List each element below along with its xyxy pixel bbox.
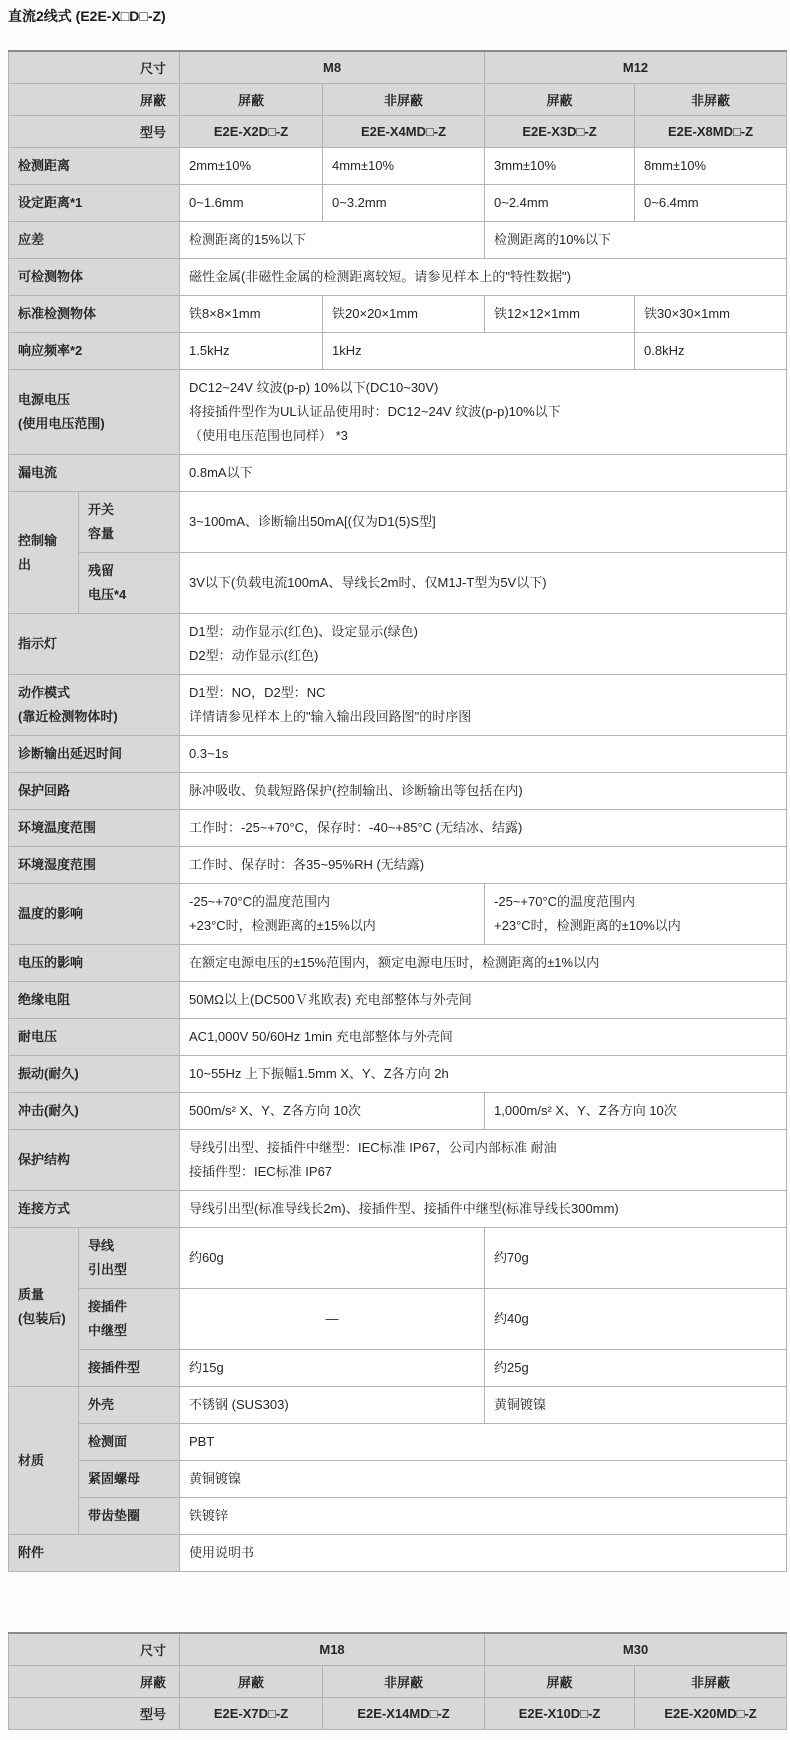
header-row: 屏蔽屏蔽非屏蔽屏蔽非屏蔽 xyxy=(9,1666,787,1698)
spec-value: 50MΩ以上(DC500Ｖ兆欧表) 充电部整体与外壳间 xyxy=(180,982,787,1019)
spec-value: 0~6.4mm xyxy=(635,185,787,222)
spec-value: 黄铜镀镍 xyxy=(180,1461,787,1498)
spec-value: 导线引出型(标准导线长2m)、接插件型、接插件中继型(标准导线长300mm) xyxy=(180,1191,787,1228)
text-line: 检测距离 xyxy=(18,154,170,178)
text-line: PBT xyxy=(189,1430,777,1454)
text-line: 3V以下(负载电流100mA、导线长2m时、仅M1J-T型为5V以下) xyxy=(189,571,777,595)
header-row-label: 屏蔽 xyxy=(9,84,180,116)
spec-row: 材质外壳不锈钢 (SUS303)黄铜镀镍 xyxy=(9,1387,787,1424)
row-label: 温度的影响 xyxy=(9,884,180,945)
text-line: 检测距离的15%以下 xyxy=(189,228,475,252)
text-line: 1,000m/s² X、Y、Z各方向 10次 xyxy=(494,1099,777,1123)
spec-row: 质量(包装后)导线引出型约60g约70g xyxy=(9,1228,787,1289)
spec-row: 环境温度范围工作时：-25~+70°C，保存时：-40~+85°C (无结冰、结… xyxy=(9,810,787,847)
spec-value: 10~55Hz 上下振幅1.5mm X、Y、Z各方向 2h xyxy=(180,1056,787,1093)
spec-value: 磁性金属(非磁性金属的检测距离较短。请参见样本上的"特性数据") xyxy=(180,259,787,296)
text-line: 保护结构 xyxy=(18,1148,170,1172)
text-line: 外壳 xyxy=(88,1393,170,1417)
spec-value: 0.3~1s xyxy=(180,736,787,773)
spec-row: 诊断输出延迟时间0.3~1s xyxy=(9,736,787,773)
spec-row: 控制输出开关容量3~100mA、诊断输出50mA[(仅为D1(5)S型] xyxy=(9,492,787,553)
header-row-label: 型号 xyxy=(9,116,180,148)
text-line: 使用说明书 xyxy=(189,1541,777,1565)
spec-row: 连接方式导线引出型(标准导线长2m)、接插件型、接插件中继型(标准导线长300m… xyxy=(9,1191,787,1228)
text-line: 不锈钢 (SUS303) xyxy=(189,1393,475,1417)
spec-value: AC1,000V 50/60Hz 1min 充电部整体与外壳间 xyxy=(180,1019,787,1056)
text-line: 电压*4 xyxy=(88,583,170,607)
row-sub-label: 开关容量 xyxy=(79,492,180,553)
spec-value: 2mm±10% xyxy=(180,148,323,185)
row-label: 绝缘电阻 xyxy=(9,982,180,1019)
spec-value: 0.8kHz xyxy=(635,333,787,370)
header-cell: M18 xyxy=(180,1633,485,1666)
spec-row: 振动(耐久)10~55Hz 上下振幅1.5mm X、Y、Z各方向 2h xyxy=(9,1056,787,1093)
text-line: ― xyxy=(189,1307,475,1331)
spec-value: 铁30×30×1mm xyxy=(635,296,787,333)
spec-row: 环境湿度范围工作时、保存时：各35~95%RH (无结露) xyxy=(9,847,787,884)
spec-value: PBT xyxy=(180,1424,787,1461)
text-line: 50MΩ以上(DC500Ｖ兆欧表) 充电部整体与外壳间 xyxy=(189,988,777,1012)
text-line: 开关 xyxy=(88,498,170,522)
text-line: 10~55Hz 上下振幅1.5mm X、Y、Z各方向 2h xyxy=(189,1062,777,1086)
spec-row: 检测面PBT xyxy=(9,1424,787,1461)
text-line: 4mm±10% xyxy=(332,154,475,178)
spec-value: 8mm±10% xyxy=(635,148,787,185)
text-line: -25~+70°C的温度范围内 xyxy=(189,890,475,914)
spec-value: 铁20×20×1mm xyxy=(323,296,485,333)
header-cell: E2E-X14MD□-Z xyxy=(323,1698,485,1730)
spec-value: 使用说明书 xyxy=(180,1535,787,1572)
spec-value: 4mm±10% xyxy=(323,148,485,185)
text-line: 接插件型：IEC标准 IP67 xyxy=(189,1160,777,1184)
header-cell: E2E-X8MD□-Z xyxy=(635,116,787,148)
header-row: 型号E2E-X2D□-ZE2E-X4MD□-ZE2E-X3D□-ZE2E-X8M… xyxy=(9,116,787,148)
spec-value: 工作时：-25~+70°C，保存时：-40~+85°C (无结冰、结露) xyxy=(180,810,787,847)
spec-row: 电源电压(使用电压范围)DC12~24V 纹波(p-p) 10%以下(DC10~… xyxy=(9,370,787,455)
row-label: 振动(耐久) xyxy=(9,1056,180,1093)
page-title: 直流2线式 (E2E-X□D□-Z) xyxy=(8,7,790,25)
spec-value: 在额定电源电压的±15%范围内，额定电源电压时，检测距离的±1%以内 xyxy=(180,945,787,982)
row-group-label: 材质 xyxy=(9,1387,79,1535)
spec-value: 约15g xyxy=(180,1350,485,1387)
text-line: 附件 xyxy=(18,1541,170,1565)
text-line: -25~+70°C的温度范围内 xyxy=(494,890,777,914)
spec-row: 动作模式(靠近检测物体时)D1型：NO，D2型：NC详情请参见样本上的"输入输出… xyxy=(9,675,787,736)
text-line: 电源电压 xyxy=(18,388,170,412)
text-line: 检测距离的10%以下 xyxy=(494,228,777,252)
spec-row: 设定距离*10~1.6mm0~3.2mm0~2.4mm0~6.4mm xyxy=(9,185,787,222)
text-line: (包装后) xyxy=(18,1307,69,1331)
spec-row: 耐电压AC1,000V 50/60Hz 1min 充电部整体与外壳间 xyxy=(9,1019,787,1056)
text-line: (使用电压范围) xyxy=(18,412,170,436)
spec-value: 脉冲吸收、负载短路保护(控制输出、诊断输出等包括在内) xyxy=(180,773,787,810)
header-cell: 非屏蔽 xyxy=(635,1666,787,1698)
text-line: +23°C时，检测距离的±15%以内 xyxy=(189,914,475,938)
text-line: 中继型 xyxy=(88,1319,170,1343)
text-line: DC12~24V 纹波(p-p) 10%以下(DC10~30V) xyxy=(189,376,777,400)
spec-row: 保护结构导线引出型、接插件中继型：IEC标准 IP67，公司内部标准 耐油接插件… xyxy=(9,1130,787,1191)
text-line: 指示灯 xyxy=(18,632,170,656)
text-line: 黄铜镀镍 xyxy=(494,1393,777,1417)
spec-row: 可检测物体磁性金属(非磁性金属的检测距离较短。请参见样本上的"特性数据") xyxy=(9,259,787,296)
text-line: AC1,000V 50/60Hz 1min 充电部整体与外壳间 xyxy=(189,1025,777,1049)
spec-value: DC12~24V 纹波(p-p) 10%以下(DC10~30V)将接插件型作为U… xyxy=(180,370,787,455)
text-line: 磁性金属(非磁性金属的检测距离较短。请参见样本上的"特性数据") xyxy=(189,265,777,289)
text-line: D1型：动作显示(红色)、设定显示(绿色) xyxy=(189,620,777,644)
row-label: 冲击(耐久) xyxy=(9,1093,180,1130)
spec-row: 温度的影响-25~+70°C的温度范围内+23°C时，检测距离的±15%以内-2… xyxy=(9,884,787,945)
text-line: 约70g xyxy=(494,1246,777,1270)
text-line: 应差 xyxy=(18,228,170,252)
header-cell: 屏蔽 xyxy=(180,1666,323,1698)
row-sub-label: 紧固螺母 xyxy=(79,1461,180,1498)
header-row: 尺寸M8M12 xyxy=(9,51,787,84)
text-line: 冲击(耐久) xyxy=(18,1099,170,1123)
spec-value: 导线引出型、接插件中继型：IEC标准 IP67，公司内部标准 耐油接插件型：IE… xyxy=(180,1130,787,1191)
spec-row: 冲击(耐久)500m/s² X、Y、Z各方向 10次1,000m/s² X、Y、… xyxy=(9,1093,787,1130)
text-line: 2mm±10% xyxy=(189,154,313,178)
text-line: 0.8kHz xyxy=(644,339,777,363)
text-line: 铁30×30×1mm xyxy=(644,302,777,326)
spec-value: 0~2.4mm xyxy=(485,185,635,222)
spec-value: 1,000m/s² X、Y、Z各方向 10次 xyxy=(485,1093,787,1130)
header-cell: 非屏蔽 xyxy=(635,84,787,116)
text-line: 导线 xyxy=(88,1234,170,1258)
text-line: 诊断输出延迟时间 xyxy=(18,742,170,766)
text-line: +23°C时，检测距离的±10%以内 xyxy=(494,914,777,938)
spec-value: 3mm±10% xyxy=(485,148,635,185)
row-label: 环境湿度范围 xyxy=(9,847,180,884)
row-sub-label: 导线引出型 xyxy=(79,1228,180,1289)
spec-value: 3V以下(负载电流100mA、导线长2m时、仅M1J-T型为5V以下) xyxy=(180,553,787,614)
spec-value: 约25g xyxy=(485,1350,787,1387)
row-label: 应差 xyxy=(9,222,180,259)
header-row-label: 尺寸 xyxy=(9,51,180,84)
row-sub-label: 残留电压*4 xyxy=(79,553,180,614)
text-line: 残留 xyxy=(88,559,170,583)
text-line: 黄铜镀镍 xyxy=(189,1467,777,1491)
row-sub-label: 检测面 xyxy=(79,1424,180,1461)
text-line: 带齿垫圈 xyxy=(88,1504,170,1528)
text-line: 漏电流 xyxy=(18,461,170,485)
text-line: 紧固螺母 xyxy=(88,1467,170,1491)
text-line: 连接方式 xyxy=(18,1197,170,1221)
text-line: 控制输出 xyxy=(18,529,69,577)
text-line: 动作模式 xyxy=(18,681,170,705)
text-line: 0~3.2mm xyxy=(332,191,475,215)
row-label: 诊断输出延迟时间 xyxy=(9,736,180,773)
text-line: 容量 xyxy=(88,522,170,546)
spec-value: 约40g xyxy=(485,1289,787,1350)
text-line: 约60g xyxy=(189,1246,475,1270)
spec-value: 不锈钢 (SUS303) xyxy=(180,1387,485,1424)
text-line: 0~1.6mm xyxy=(189,191,313,215)
text-line: 3mm±10% xyxy=(494,154,625,178)
header-row: 屏蔽屏蔽非屏蔽屏蔽非屏蔽 xyxy=(9,84,787,116)
text-line: 铁12×12×1mm xyxy=(494,302,625,326)
row-sub-label: 接插件中继型 xyxy=(79,1289,180,1350)
row-label: 检测距离 xyxy=(9,148,180,185)
row-label: 电压的影响 xyxy=(9,945,180,982)
text-line: 3~100mA、诊断输出50mA[(仅为D1(5)S型] xyxy=(189,510,777,534)
header-cell: E2E-X7D□-Z xyxy=(180,1698,323,1730)
text-line: 铁8×8×1mm xyxy=(189,302,313,326)
dc-2wire-spec-table-m18-m30: 尺寸M18M30屏蔽屏蔽非屏蔽屏蔽非屏蔽型号E2E-X7D□-ZE2E-X14M… xyxy=(8,1632,787,1730)
spec-row: 接插件中继型―约40g xyxy=(9,1289,787,1350)
spec-value: 0~3.2mm xyxy=(323,185,485,222)
text-line: 保护回路 xyxy=(18,779,170,803)
text-line: 在额定电源电压的±15%范围内，额定电源电压时，检测距离的±1%以内 xyxy=(189,951,777,975)
row-label: 响应频率*2 xyxy=(9,333,180,370)
spec-value: 检测距离的10%以下 xyxy=(485,222,787,259)
text-line: D1型：NO，D2型：NC xyxy=(189,681,777,705)
text-line: 8mm±10% xyxy=(644,154,777,178)
text-line: 脉冲吸收、负载短路保护(控制输出、诊断输出等包括在内) xyxy=(189,779,777,803)
spec-row: 接插件型约15g约25g xyxy=(9,1350,787,1387)
text-line: 工作时、保存时：各35~95%RH (无结露) xyxy=(189,853,777,877)
text-line: D2型：动作显示(红色) xyxy=(189,644,777,668)
header-cell: M8 xyxy=(180,51,485,84)
header-cell: E2E-X3D□-Z xyxy=(485,116,635,148)
spec-value: D1型：动作显示(红色)、设定显示(绿色)D2型：动作显示(红色) xyxy=(180,614,787,675)
spec-row: 带齿垫圈铁镀锌 xyxy=(9,1498,787,1535)
text-line: 约40g xyxy=(494,1307,777,1331)
spec-row: 应差检测距离的15%以下检测距离的10%以下 xyxy=(9,222,787,259)
spec-value: 1.5kHz xyxy=(180,333,323,370)
text-line: 设定距离*1 xyxy=(18,191,170,215)
text-line: (靠近检测物体时) xyxy=(18,705,170,729)
spec-value: 0~1.6mm xyxy=(180,185,323,222)
header-row: 型号E2E-X7D□-ZE2E-X14MD□-ZE2E-X10D□-ZE2E-X… xyxy=(9,1698,787,1730)
spec-value: 1kHz xyxy=(323,333,635,370)
text-line: 温度的影响 xyxy=(18,902,170,926)
spec-row: 响应频率*21.5kHz1kHz0.8kHz xyxy=(9,333,787,370)
spec-row: 残留电压*43V以下(负载电流100mA、导线长2m时、仅M1J-T型为5V以下… xyxy=(9,553,787,614)
text-line: 1.5kHz xyxy=(189,339,313,363)
spec-row: 检测距离2mm±10%4mm±10%3mm±10%8mm±10% xyxy=(9,148,787,185)
text-line: 可检测物体 xyxy=(18,265,170,289)
header-cell: E2E-X20MD□-Z xyxy=(635,1698,787,1730)
text-line: 标准检测物体 xyxy=(18,302,170,326)
header-row: 尺寸M18M30 xyxy=(9,1633,787,1666)
row-label: 动作模式(靠近检测物体时) xyxy=(9,675,180,736)
row-sub-label: 外壳 xyxy=(79,1387,180,1424)
header-row-label: 型号 xyxy=(9,1698,180,1730)
header-cell: E2E-X10D□-Z xyxy=(485,1698,635,1730)
spec-value: 3~100mA、诊断输出50mA[(仅为D1(5)S型] xyxy=(180,492,787,553)
spec-row: 绝缘电阻50MΩ以上(DC500Ｖ兆欧表) 充电部整体与外壳间 xyxy=(9,982,787,1019)
text-line: 500m/s² X、Y、Z各方向 10次 xyxy=(189,1099,475,1123)
row-label: 附件 xyxy=(9,1535,180,1572)
header-cell: 屏蔽 xyxy=(180,84,323,116)
row-label: 电源电压(使用电压范围) xyxy=(9,370,180,455)
spec-row: 紧固螺母黄铜镀镍 xyxy=(9,1461,787,1498)
spec-value: 500m/s² X、Y、Z各方向 10次 xyxy=(180,1093,485,1130)
header-cell: 非屏蔽 xyxy=(323,84,485,116)
text-line: 1kHz xyxy=(332,339,625,363)
row-label: 连接方式 xyxy=(9,1191,180,1228)
row-label: 可检测物体 xyxy=(9,259,180,296)
text-line: 导线引出型、接插件中继型：IEC标准 IP67，公司内部标准 耐油 xyxy=(189,1136,777,1160)
spec-row: 指示灯D1型：动作显示(红色)、设定显示(绿色)D2型：动作显示(红色) xyxy=(9,614,787,675)
text-line: 质量 xyxy=(18,1283,69,1307)
spec-value: 检测距离的15%以下 xyxy=(180,222,485,259)
row-group-label: 质量(包装后) xyxy=(9,1228,79,1387)
spec-value: 黄铜镀镍 xyxy=(485,1387,787,1424)
row-label: 保护回路 xyxy=(9,773,180,810)
row-label: 环境温度范围 xyxy=(9,810,180,847)
header-cell: M30 xyxy=(485,1633,787,1666)
spec-value: D1型：NO，D2型：NC详情请参见样本上的"输入输出段回路图"的时序图 xyxy=(180,675,787,736)
spec-value: 0.8mA以下 xyxy=(180,455,787,492)
spec-value: 铁8×8×1mm xyxy=(180,296,323,333)
text-line: 响应频率*2 xyxy=(18,339,170,363)
text-line: 约25g xyxy=(494,1356,777,1380)
header-row-label: 屏蔽 xyxy=(9,1666,180,1698)
text-line: 导线引出型(标准导线长2m)、接插件型、接插件中继型(标准导线长300mm) xyxy=(189,1197,777,1221)
text-line: 接插件型 xyxy=(88,1356,170,1380)
text-line: 材质 xyxy=(18,1449,69,1473)
text-line: 详情请参见样本上的"输入输出段回路图"的时序图 xyxy=(189,705,777,729)
header-row-label: 尺寸 xyxy=(9,1633,180,1666)
text-line: 振动(耐久) xyxy=(18,1062,170,1086)
row-label: 漏电流 xyxy=(9,455,180,492)
text-line: 约15g xyxy=(189,1356,475,1380)
text-line: 接插件 xyxy=(88,1295,170,1319)
text-line: 检测面 xyxy=(88,1430,170,1454)
text-line: 铁20×20×1mm xyxy=(332,302,475,326)
text-line: 电压的影响 xyxy=(18,951,170,975)
spec-row: 保护回路脉冲吸收、负载短路保护(控制输出、诊断输出等包括在内) xyxy=(9,773,787,810)
spec-row: 电压的影响在额定电源电压的±15%范围内，额定电源电压时，检测距离的±1%以内 xyxy=(9,945,787,982)
spec-row: 附件使用说明书 xyxy=(9,1535,787,1572)
text-line: 环境温度范围 xyxy=(18,816,170,840)
row-label: 保护结构 xyxy=(9,1130,180,1191)
row-label: 耐电压 xyxy=(9,1019,180,1056)
text-line: 0~2.4mm xyxy=(494,191,625,215)
row-sub-label: 带齿垫圈 xyxy=(79,1498,180,1535)
row-group-label: 控制输出 xyxy=(9,492,79,614)
text-line: （使用电压范围也同样） *3 xyxy=(189,424,777,448)
header-cell: E2E-X2D□-Z xyxy=(180,116,323,148)
row-label: 指示灯 xyxy=(9,614,180,675)
spec-value: 约60g xyxy=(180,1228,485,1289)
row-label: 标准检测物体 xyxy=(9,296,180,333)
text-line: 耐电压 xyxy=(18,1025,170,1049)
text-line: 绝缘电阻 xyxy=(18,988,170,1012)
spec-value: ― xyxy=(180,1289,485,1350)
text-line: 铁镀锌 xyxy=(189,1504,777,1528)
spec-value: 铁12×12×1mm xyxy=(485,296,635,333)
text-line: 将接插件型作为UL认证品使用时：DC12~24V 纹波(p-p)10%以下 xyxy=(189,400,777,424)
text-line: 0.3~1s xyxy=(189,742,777,766)
dc-2wire-spec-table-m8-m12: 尺寸M8M12屏蔽屏蔽非屏蔽屏蔽非屏蔽型号E2E-X2D□-ZE2E-X4MD□… xyxy=(8,50,787,1572)
header-cell: M12 xyxy=(485,51,787,84)
row-label: 设定距离*1 xyxy=(9,185,180,222)
header-cell: 非屏蔽 xyxy=(323,1666,485,1698)
spec-row: 标准检测物体铁8×8×1mm铁20×20×1mm铁12×12×1mm铁30×30… xyxy=(9,296,787,333)
spec-row: 漏电流0.8mA以下 xyxy=(9,455,787,492)
text-line: 工作时：-25~+70°C，保存时：-40~+85°C (无结冰、结露) xyxy=(189,816,777,840)
row-sub-label: 接插件型 xyxy=(79,1350,180,1387)
header-cell: 屏蔽 xyxy=(485,84,635,116)
header-cell: 屏蔽 xyxy=(485,1666,635,1698)
text-line: 引出型 xyxy=(88,1258,170,1282)
spec-value: -25~+70°C的温度范围内+23°C时，检测距离的±15%以内 xyxy=(180,884,485,945)
text-line: 环境湿度范围 xyxy=(18,853,170,877)
spec-value: 工作时、保存时：各35~95%RH (无结露) xyxy=(180,847,787,884)
header-cell: E2E-X4MD□-Z xyxy=(323,116,485,148)
text-line: 0~6.4mm xyxy=(644,191,777,215)
text-line: 0.8mA以下 xyxy=(189,461,777,485)
spec-value: 约70g xyxy=(485,1228,787,1289)
spec-value: -25~+70°C的温度范围内+23°C时，检测距离的±10%以内 xyxy=(485,884,787,945)
spec-value: 铁镀锌 xyxy=(180,1498,787,1535)
